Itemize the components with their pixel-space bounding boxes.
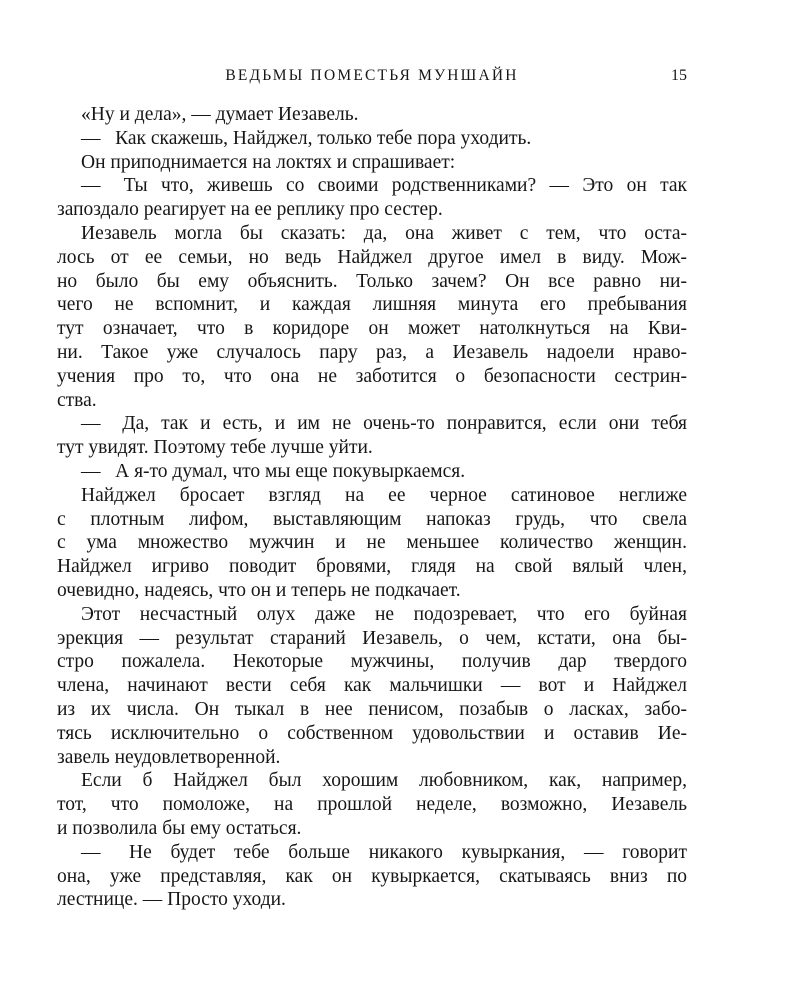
text-line: но было бы ему объяснить. Только зачем? … — [57, 270, 687, 294]
text-line: — А я-то думал, что мы еще покувыркаемся… — [57, 460, 687, 484]
text-line: — Как скажешь, Найджел, только тебе пора… — [57, 127, 687, 151]
paragraph: Он приподнимается на локтях и спрашивает… — [57, 151, 687, 175]
page-number: 15 — [671, 67, 687, 85]
text-line: запоздало реагирует на ее реплику про се… — [57, 198, 687, 222]
text-line: Этот несчастный олух даже не подозревает… — [57, 603, 687, 627]
paragraph: — Да, так и есть, и им не очень-то понра… — [57, 412, 687, 460]
text-line: Если б Найджел был хорошим любовником, к… — [57, 769, 687, 793]
text-line: — Да, так и есть, и им не очень-то понра… — [57, 412, 687, 436]
text-line: она, уже представляя, как он кувыркается… — [57, 865, 687, 889]
book-page: ВЕДЬМЫ ПОМЕСТЬЯ МУНШАЙН 15 «Ну и дела», … — [0, 0, 800, 1000]
text-line: тясь исключительно о собственном удоволь… — [57, 722, 687, 746]
text-line: из их числа. Он тыкал в нее пенисом, поз… — [57, 698, 687, 722]
page-text: «Ну и дела», — думает Иезавель.— Как ска… — [57, 103, 687, 912]
text-line: — Ты что, живешь со своими родственникам… — [57, 174, 687, 198]
text-line: ни. Такое уже случалось пару раз, а Иеза… — [57, 341, 687, 365]
paragraph: — Ты что, живешь со своими родственникам… — [57, 174, 687, 222]
text-line: тот, что помоложе, на прошлой неделе, во… — [57, 793, 687, 817]
text-line: завель неудовлетворенной. — [57, 746, 687, 770]
text-line: учения про то, что она не заботится о бе… — [57, 365, 687, 389]
running-head: ВЕДЬМЫ ПОМЕСТЬЯ МУНШАЙН 15 — [57, 67, 687, 87]
text-line: Иезавель могла бы сказать: да, она живет… — [57, 222, 687, 246]
paragraph: Найджел бросает взгляд на ее черное сати… — [57, 484, 687, 603]
text-line: и позволила бы ему остаться. — [57, 817, 687, 841]
text-line: «Ну и дела», — думает Иезавель. — [57, 103, 687, 127]
paragraph: Если б Найджел был хорошим любовником, к… — [57, 769, 687, 840]
text-line: стро пожалела. Некоторые мужчины, получи… — [57, 650, 687, 674]
text-line: ства. — [57, 389, 687, 413]
paragraph: Этот несчастный олух даже не подозревает… — [57, 603, 687, 770]
text-line: чего не вспомнит, и каждая лишняя минута… — [57, 293, 687, 317]
text-line: Найджел игриво поводит бровями, глядя на… — [57, 555, 687, 579]
text-line: — Не будет тебе больше никакого кувыркан… — [57, 841, 687, 865]
paragraph: — Не будет тебе больше никакого кувыркан… — [57, 841, 687, 912]
text-line: тут увидят. Поэтому тебе лучше уйти. — [57, 436, 687, 460]
text-line: Он приподнимается на локтях и спрашивает… — [57, 151, 687, 175]
text-line: Найджел бросает взгляд на ее черное сати… — [57, 484, 687, 508]
paragraph: «Ну и дела», — думает Иезавель. — [57, 103, 687, 127]
text-line: члена, начинают вести себя как мальчишки… — [57, 674, 687, 698]
text-line: с ума множество мужчин и не меньшее коли… — [57, 531, 687, 555]
text-line: лось от ее семьи, но ведь Найджел другое… — [57, 246, 687, 270]
text-line: с плотным лифом, выставляющим напоказ гр… — [57, 508, 687, 532]
text-line: тут означает, что в коридоре он может на… — [57, 317, 687, 341]
running-head-title: ВЕДЬМЫ ПОМЕСТЬЯ МУНШАЙН — [57, 67, 687, 85]
paragraph: Иезавель могла бы сказать: да, она живет… — [57, 222, 687, 412]
text-line: эрекция — результат стараний Иезавель, о… — [57, 627, 687, 651]
text-line: лестнице. — Просто уходи. — [57, 888, 687, 912]
text-line: очевидно, надеясь, что он и теперь не по… — [57, 579, 687, 603]
paragraph: — Как скажешь, Найджел, только тебе пора… — [57, 127, 687, 151]
paragraph: — А я-то думал, что мы еще покувыркаемся… — [57, 460, 687, 484]
